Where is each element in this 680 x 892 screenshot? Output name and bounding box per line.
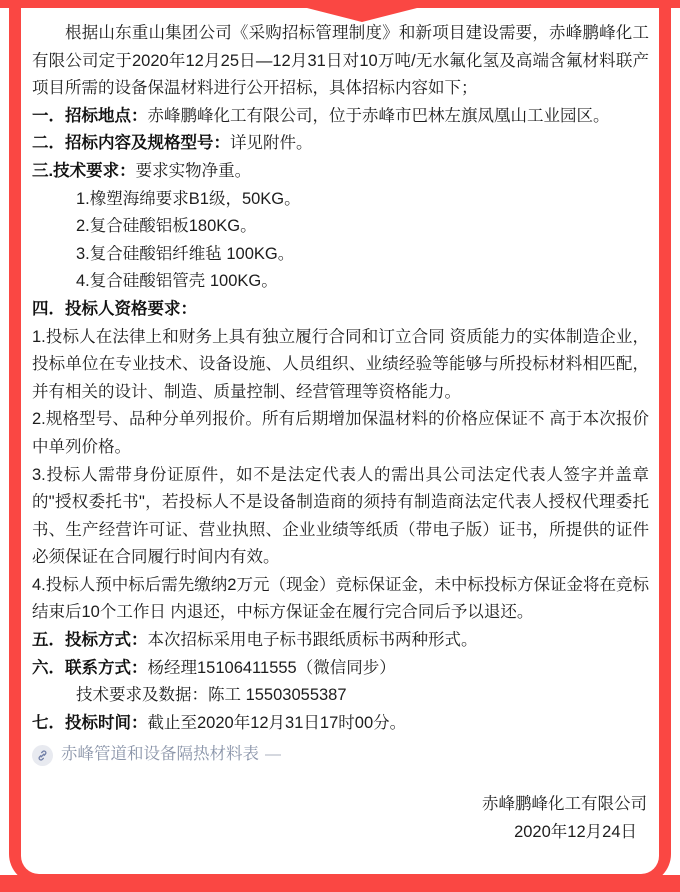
section-deadline-label: 七．投标时间： <box>32 714 148 732</box>
signature-block: 赤峰鹏峰化工有限公司 2020年12月24日 <box>32 791 649 846</box>
top-arrow-notch <box>307 8 417 22</box>
tech-spec-item: 3.复合硅酸铝纤维毡 100KG。 <box>32 241 649 269</box>
section-content-spec: 二．招标内容及规格型号：详见附件。 <box>32 130 649 158</box>
bottom-border <box>0 875 680 892</box>
link-icon <box>32 745 53 766</box>
section-location: 一．招标地点：赤峰鹏峰化工有限公司，位于赤峰市巴林左旗凤凰山工业园区。 <box>32 103 649 131</box>
section-tech-req: 三.技术要求：要求实物净重。 <box>32 158 649 186</box>
section-content-spec-text: 详见附件。 <box>230 134 313 152</box>
section-content-spec-label: 二．招标内容及规格型号： <box>32 134 230 152</box>
section-tech-req-label: 三.技术要求： <box>32 162 136 180</box>
section-location-text: 赤峰鹏峰化工有限公司，位于赤峰市巴林左旗凤凰山工业园区。 <box>148 107 610 125</box>
document-content: 根据山东重山集团公司《采购招标管理制度》和新项目建设需要，赤峰鹏峰化工有限公司定… <box>21 8 659 846</box>
qualification-item: 4.投标人预中标后需先缴纳2万元（现金）竞标保证金，未中标投标方保证金将在竞标结… <box>32 572 649 627</box>
section-method-text: 本次招标采用电子标书跟纸质标书两种形式。 <box>148 631 478 649</box>
link-trailing-dash <box>265 754 281 756</box>
intro-paragraph: 根据山东重山集团公司《采购招标管理制度》和新项目建设需要，赤峰鹏峰化工有限公司定… <box>32 20 649 103</box>
signature-company: 赤峰鹏峰化工有限公司 <box>32 791 647 819</box>
section-qualification-heading: 四．投标人资格要求： <box>32 296 649 324</box>
section-deadline: 七．投标时间：截止至2020年12月31日17时00分。 <box>32 710 649 738</box>
qualification-item: 3.投标人需带身份证原件，如不是法定代表人的需出具公司法定代表人签字并盖章的"授… <box>32 462 649 572</box>
section-contact: 六．联系方式：杨经理15106411555（微信同步） <box>32 655 649 683</box>
attachment-label[interactable]: 赤峰管道和设备隔热材料表 <box>61 741 259 769</box>
document-card: 根据山东重山集团公司《采购招标管理制度》和新项目建设需要，赤峰鹏峰化工有限公司定… <box>21 8 659 874</box>
attachment-link[interactable]: 赤峰管道和设备隔热材料表 <box>32 741 649 769</box>
qualification-item: 1.投标人在法律上和财务上具有独立履行合同和订立合同 资质能力的实体制造企业，投… <box>32 324 649 407</box>
section-method-label: 五．投标方式： <box>32 631 148 649</box>
top-border <box>0 0 680 8</box>
section-method: 五．投标方式：本次招标采用电子标书跟纸质标书两种形式。 <box>32 627 649 655</box>
section-deadline-text: 截止至2020年12月31日17时00分。 <box>148 714 407 732</box>
page: 根据山东重山集团公司《采购招标管理制度》和新项目建设需要，赤峰鹏峰化工有限公司定… <box>0 0 680 892</box>
section-contact-text: 杨经理15106411555（微信同步） <box>148 659 396 677</box>
section-tech-req-text: 要求实物净重。 <box>136 162 252 180</box>
tech-spec-item: 2.复合硅酸铝板180KG。 <box>32 213 649 241</box>
section-contact-label: 六．联系方式： <box>32 659 148 677</box>
section-location-label: 一．招标地点： <box>32 107 148 125</box>
tech-spec-item: 4.复合硅酸铝管壳 100KG。 <box>32 268 649 296</box>
signature-date: 2020年12月24日 <box>32 819 647 847</box>
tech-spec-item: 1.橡塑海绵要求B1级，50KG。 <box>32 186 649 214</box>
qualification-item: 2.规格型号、品种分单列报价。所有后期增加保温材料的价格应保证不 高于本次报价中… <box>32 406 649 461</box>
contact-extra: 技术要求及数据：陈工 15503055387 <box>32 682 649 710</box>
